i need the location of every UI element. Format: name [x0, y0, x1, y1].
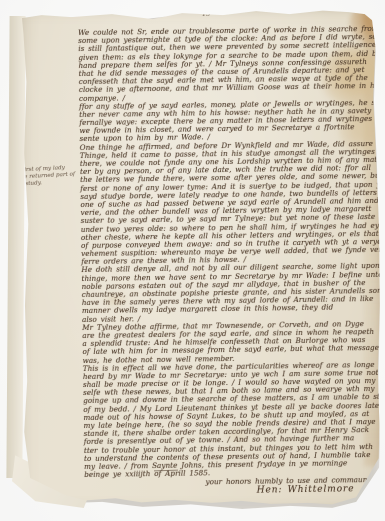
- manuscript-page: 13 Al first of my lady date returned par…: [12, 6, 382, 513]
- letter-text: We coulde not Sr, ende our troublesome p…: [78, 25, 380, 479]
- under-leaf-edge: [6, 16, 25, 478]
- folio-number: 13: [202, 10, 210, 18]
- letter-body: We coulde not Sr, ende our troublesome p…: [78, 25, 381, 497]
- letter-closing: your honors humbly to use and commaund. …: [84, 476, 380, 497]
- photo-backdrop: 13 Al first of my lady date returned par…: [0, 0, 385, 521]
